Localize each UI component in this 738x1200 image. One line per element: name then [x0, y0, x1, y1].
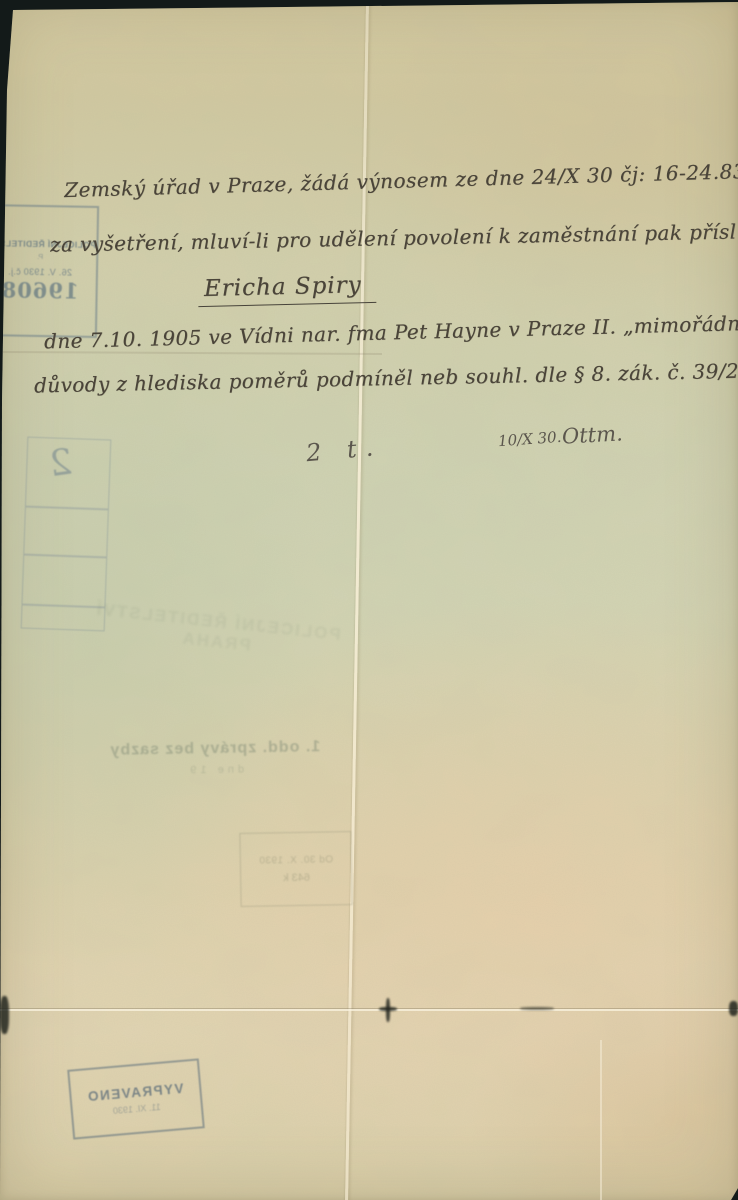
handwritten-line-3: dne 7.10. 1905 ve Vídni nar. fma Pet Hay…: [44, 311, 738, 354]
dispatched-date: 11. XI. 1930: [113, 1101, 162, 1115]
handwritten-line-4: důvody z hlediska poměrů podmíněl neb so…: [34, 358, 738, 397]
dispatched-label: VYPRAVENO: [86, 1080, 184, 1103]
scanned-document: POLICEJNÍ ŘEDITELSTVÍ P. 26. V. 1930 č.j…: [0, 0, 738, 1200]
corner-crease: [600, 1040, 602, 1200]
subject-name-underlined: Ericha Spiry: [198, 272, 376, 307]
edge-ink-mark-right: [729, 1001, 738, 1016]
stamp-file-number: 19608: [0, 277, 96, 304]
crease-dash-mark: [520, 1007, 554, 1010]
stamp-date-line: 26. V. 1930 č.j.: [0, 266, 96, 278]
no-fee-line-2: dne 19: [60, 761, 370, 778]
no-fee-stamp: 1. odd. zprávy bez sazby dne 19: [60, 737, 371, 778]
paper-sheet: POLICEJNÍ ŘEDITELSTVÍ P. 26. V. 1930 č.j…: [0, 0, 738, 1200]
horizontal-fold-highlight: [0, 1009, 738, 1011]
handwritten-line-2: za vyšetření, mluví-li pro udělení povol…: [50, 219, 738, 256]
pencil-note-signature: Ottm.: [561, 421, 623, 448]
date-box-stamp: Od 30. X. 1930 643 k: [239, 831, 352, 907]
police-registry-stamp: POLICEJNÍ ŘEDITELSTVÍ P. 26. V. 1930 č.j…: [0, 204, 99, 338]
dispatched-stamp: VYPRAVENO 11. XI. 1930: [67, 1058, 205, 1139]
table-divider: [24, 554, 106, 558]
edge-ink-mark: [0, 996, 9, 1034]
table-divider: [26, 506, 108, 510]
round-stamp-bleed: POLICEJNÍ ŘEDITELSTVÍ PRAHA: [73, 598, 353, 736]
fold-cross-mark-h: [379, 1007, 397, 1011]
date-box-line-1: Od 30. X. 1930: [259, 854, 333, 866]
pencil-note-date: 10/X 30.: [497, 428, 562, 450]
pencil-note-left: 2 t.: [305, 433, 383, 468]
no-fee-line-1: 1. odd. zprávy bez sazby: [60, 737, 370, 760]
margin-table-number: 2: [47, 441, 75, 485]
handwritten-line-1: Zemský úřad v Praze, žádá výnosem ze dne…: [64, 158, 738, 202]
date-box-line-2: 643 k: [283, 871, 310, 883]
